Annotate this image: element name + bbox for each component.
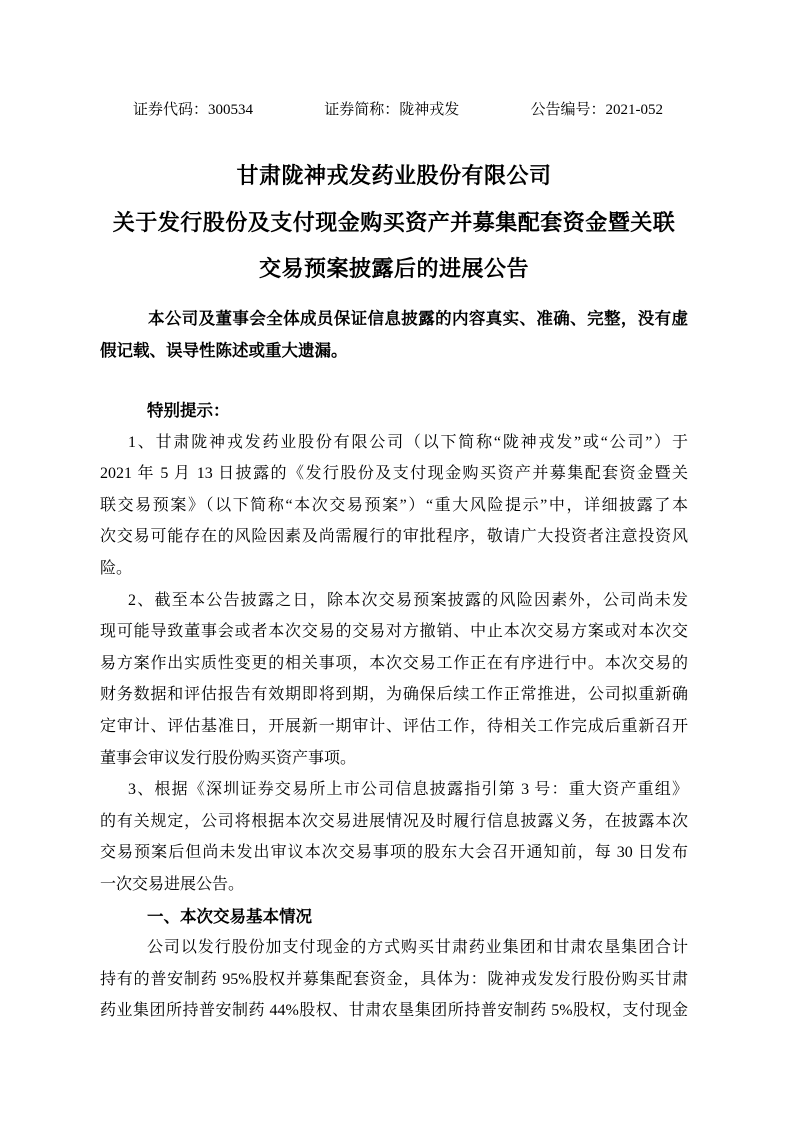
- body-line: 定审计、评估基准日，开展新一期审计、评估工作，待相关工作完成后重新召开: [100, 711, 688, 743]
- body-line: 持有的普安制药 95%股权并募集配套资金，具体为：陇神戎发发行股份购买甘肃: [100, 964, 688, 996]
- body-line: 联交易预案》（以下简称“本次交易预案”）“重大风险提示”中，详细披露了本: [100, 490, 688, 522]
- body-line: 的有关规定，公司将根据本次交易进展情况及时履行信息披露义务，在披露本次: [100, 806, 688, 838]
- body-line: 财务数据和评估报告有效期即将到期，为确保后续工作正常推进，公司拟重新确: [100, 679, 688, 711]
- body-line: 1、甘肃陇神戎发药业股份有限公司（以下简称“陇神戎发”或“公司”）于: [100, 427, 688, 459]
- stock-short-name: 证券简称：陇神戎发: [324, 100, 459, 120]
- body-line: 公司以发行股份加支付现金的方式购买甘肃药业集团和甘肃农垦集团合计: [100, 932, 688, 964]
- title-subject-line-1: 关于发行股份及支付现金购买资产并募集配套资金暨关联: [100, 200, 688, 247]
- document-header: 证券代码：300534 证券简称：陇神戎发 公告编号：2021-052: [133, 100, 663, 120]
- body-line: 药业集团所持普安制药 44%股权、甘肃农垦集团所持普安制药 5%股权，支付现金: [100, 995, 688, 1027]
- announcement-number: 公告编号：2021-052: [531, 100, 664, 120]
- body-line: 现可能导致董事会或者本次交易的交易对方撤销、中止本次交易方案或对本次交: [100, 616, 688, 648]
- body-line: 2、截至本公告披露之日，除本次交易预案披露的风险因素外，公司尚未发: [100, 585, 688, 617]
- stock-code: 证券代码：300534: [133, 100, 253, 120]
- declaration-line: 本公司及董事会全体成员保证信息披露的内容真实、准确、完整，没有虚: [100, 303, 688, 335]
- body-line: 3、根据《深圳证券交易所上市公司信息披露指引第 3 号：重大资产重组》: [100, 774, 688, 806]
- body-line: 2021 年 5 月 13 日披露的《发行股份及支付现金购买资产并募集配套资金暨…: [100, 458, 688, 490]
- company-name: 甘肃陇神戎发药业股份有限公司: [100, 153, 688, 200]
- declaration-statement: 本公司及董事会全体成员保证信息披露的内容真实、准确、完整，没有虚假记载、误导性陈…: [100, 303, 688, 367]
- body-line: 董事会审议发行股份购买资产事项。: [100, 743, 688, 775]
- announcement-page: 证券代码：300534 证券简称：陇神戎发 公告编号：2021-052 甘肃陇神…: [0, 0, 793, 1122]
- declaration-line: 假记载、误导性陈述或重大遗漏。: [100, 335, 688, 367]
- body-line: 交易预案后但尚未发出审议本次交易事项的股东大会召开通知前，每 30 日发布: [100, 837, 688, 869]
- special-notice-heading: 特别提示：: [100, 395, 688, 427]
- section-heading: 一、本次交易基本情况: [100, 901, 688, 933]
- body-line: 次交易可能存在的风险因素及尚需履行的审批程序，敬请广大投资者注意投资风: [100, 521, 688, 553]
- body-line: 一次交易进展公告。: [100, 869, 688, 901]
- document-title: 甘肃陇神戎发药业股份有限公司 关于发行股份及支付现金购买资产并募集配套资金暨关联…: [100, 153, 688, 293]
- body-line: 易方案作出实质性变更的相关事项，本次交易工作正在有序进行中。本次交易的: [100, 648, 688, 680]
- body-line: 险。: [100, 553, 688, 585]
- document-body: 特别提示：1、甘肃陇神戎发药业股份有限公司（以下简称“陇神戎发”或“公司”）于2…: [100, 395, 688, 1027]
- title-subject-line-2: 交易预案披露后的进展公告: [100, 246, 688, 293]
